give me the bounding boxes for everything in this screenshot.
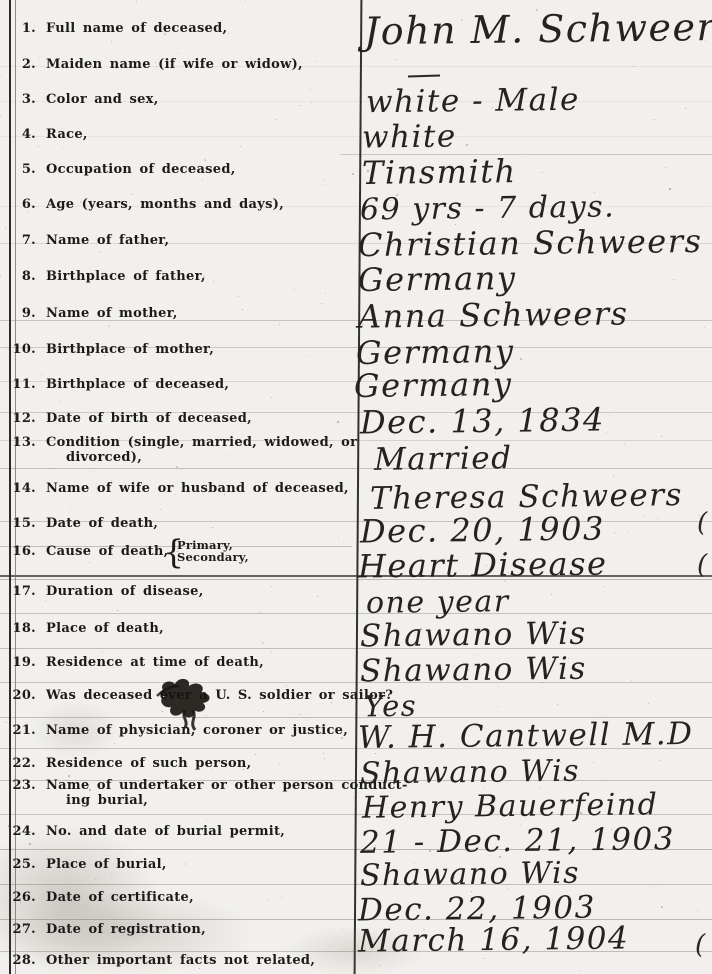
field-label: Place of death,: [46, 622, 164, 637]
field-number: 5.: [10, 163, 36, 178]
field-label: Occupation of deceased,: [46, 163, 236, 178]
field-number: 15.: [10, 517, 36, 532]
field-label: Birthplace of mother,: [46, 343, 214, 358]
field-number: 9.: [10, 307, 36, 322]
field-number: 27.: [10, 923, 36, 938]
field-number: 12.: [10, 412, 36, 427]
field-row: 10.Birthplace of mother,: [10, 343, 214, 358]
field-value: Dec. 20, 1903: [360, 513, 605, 548]
field-value: white - Male: [366, 85, 580, 119]
field-row: 9.Name of mother,: [10, 307, 178, 322]
cause-of-death-sublabels: Primary,Secondary,: [177, 539, 249, 563]
field-value: Anna Schweers: [358, 297, 629, 332]
field-label: Color and sex,: [46, 93, 159, 108]
field-number: 18.: [10, 622, 36, 637]
stray-pen-mark: [408, 74, 440, 77]
field-label: Name of wife or husband of deceased,: [46, 482, 349, 497]
field-value: Heart Disease: [358, 547, 608, 582]
field-row: 15.Date of death,: [10, 517, 158, 532]
field-label: Name of father,: [46, 234, 169, 249]
field-label: Maiden name (if wife or widow),: [46, 58, 303, 73]
stray-pen-mark: (: [697, 550, 707, 580]
field-value: Germany: [354, 368, 513, 402]
field-number: 7.: [10, 234, 36, 249]
field-row: 13.Condition (single, married, widowed, …: [10, 436, 357, 465]
field-value: Dec. 13, 1834: [360, 404, 605, 439]
field-label: Birthplace of father,: [46, 270, 206, 285]
field-label: Birthplace of deceased,: [46, 378, 229, 393]
field-row: 18.Place of death,: [10, 622, 164, 637]
death-record-page: 1.Full name of deceased, 2.Maiden name (…: [0, 0, 712, 974]
field-value: Henry Bauerfeind: [362, 790, 659, 824]
field-label: Date of death,: [46, 517, 158, 532]
field-value: Shawano Wis: [360, 654, 587, 688]
field-value: Germany: [358, 262, 517, 296]
ruled-line: [0, 468, 712, 469]
field-value: 21 - Dec. 21, 1903: [360, 824, 675, 859]
field-value: Shawano Wis: [360, 619, 587, 653]
field-value: Married: [374, 443, 513, 476]
field-row: 14.Name of wife or husband of deceased,: [10, 482, 349, 497]
field-label: Residence of such person,: [46, 757, 252, 772]
field-label: Full name of deceased,: [46, 22, 227, 37]
field-label: Condition (single, married, widowed, ord…: [46, 436, 357, 465]
field-number: 13.: [10, 436, 36, 451]
field-row: 23.Name of undertaker or other person co…: [10, 779, 408, 808]
field-number: 14.: [10, 482, 36, 497]
field-row: 25.Place of burial,: [10, 858, 167, 873]
field-value: John M. Schweers: [364, 8, 712, 51]
field-value: Yes: [364, 692, 418, 722]
field-value: W. H. Cantwell M.D: [358, 719, 694, 754]
field-row: 27.Date of registration,: [10, 923, 206, 938]
field-value: Christian Schweers: [358, 225, 703, 261]
field-number: 6.: [10, 198, 36, 213]
field-row: 8.Birthplace of father,: [10, 270, 206, 285]
field-number: 2.: [10, 58, 36, 73]
field-row: 19.Residence at time of death,: [10, 656, 264, 671]
field-number: 4.: [10, 128, 36, 143]
field-number: 23.: [10, 779, 36, 794]
field-value: Shawano Wis: [360, 757, 580, 790]
field-number: 1.: [10, 22, 36, 37]
field-value: March 16, 1904: [358, 923, 630, 957]
field-label: Place of burial,: [46, 858, 167, 873]
field-row: 17.Duration of disease,: [10, 585, 204, 600]
field-row: 22.Residence of such person,: [10, 757, 252, 772]
field-label: Age (years, months and days),: [46, 198, 284, 213]
field-label: No. and date of burial permit,: [46, 825, 285, 840]
stray-pen-mark: (: [695, 930, 705, 960]
field-label: Race,: [46, 128, 88, 143]
field-row: 26.Date of certificate,: [10, 891, 194, 906]
field-label: Name of undertaker or other person condu…: [46, 779, 408, 808]
field-row: 12.Date of birth of deceased,: [10, 412, 252, 427]
field-number: 22.: [10, 757, 36, 772]
field-number: 21.: [10, 724, 36, 739]
field-value: Germany: [356, 335, 515, 369]
field-row: 11.Birthplace of deceased,: [10, 378, 229, 393]
field-number: 20.: [10, 689, 36, 704]
field-label: Other important facts not related,: [46, 954, 315, 969]
field-value: white: [362, 121, 457, 153]
field-row: 3.Color and sex,: [10, 93, 159, 108]
field-label: Date of birth of deceased,: [46, 412, 252, 427]
field-row: 1.Full name of deceased,: [10, 22, 227, 37]
field-row: 4.Race,: [10, 128, 88, 143]
field-number: 10.: [10, 343, 36, 358]
field-label: Date of registration,: [46, 923, 206, 938]
ink-blot-mark: [155, 674, 221, 732]
field-row: 24.No. and date of burial permit,: [10, 825, 285, 840]
ruled-line: [0, 136, 712, 137]
field-label: Residence at time of death,: [46, 656, 264, 671]
field-number: 11.: [10, 378, 36, 393]
field-row: 28.Other important facts not related,: [10, 954, 315, 969]
field-number: 24.: [10, 825, 36, 840]
field-label: Duration of disease,: [46, 585, 204, 600]
field-number: 8.: [10, 270, 36, 285]
field-number: 26.: [10, 891, 36, 906]
field-number: 17.: [10, 585, 36, 600]
field-number: 16.: [10, 545, 36, 560]
stray-pen-mark: (: [697, 508, 707, 538]
field-row: 7.Name of father,: [10, 234, 169, 249]
field-label: Date of certificate,: [46, 891, 194, 906]
field-value: Shawano Wis: [360, 859, 580, 892]
field-label: Cause of death,: [46, 545, 168, 560]
field-label: Name of mother,: [46, 307, 178, 322]
field-number: 25.: [10, 858, 36, 873]
field-number: 3.: [10, 93, 36, 108]
field-row: 6.Age (years, months and days),: [10, 198, 284, 213]
field-number: 19.: [10, 656, 36, 671]
field-row: 16.Cause of death,: [10, 545, 168, 560]
field-value: one year: [366, 587, 510, 619]
field-row: 5.Occupation of deceased,: [10, 163, 236, 178]
field-value: Tinsmith: [362, 155, 517, 189]
field-value: 69 yrs - 7 days.: [360, 192, 616, 225]
field-number: 28.: [10, 954, 36, 969]
secondary-sublabel: Secondary,: [177, 551, 249, 563]
